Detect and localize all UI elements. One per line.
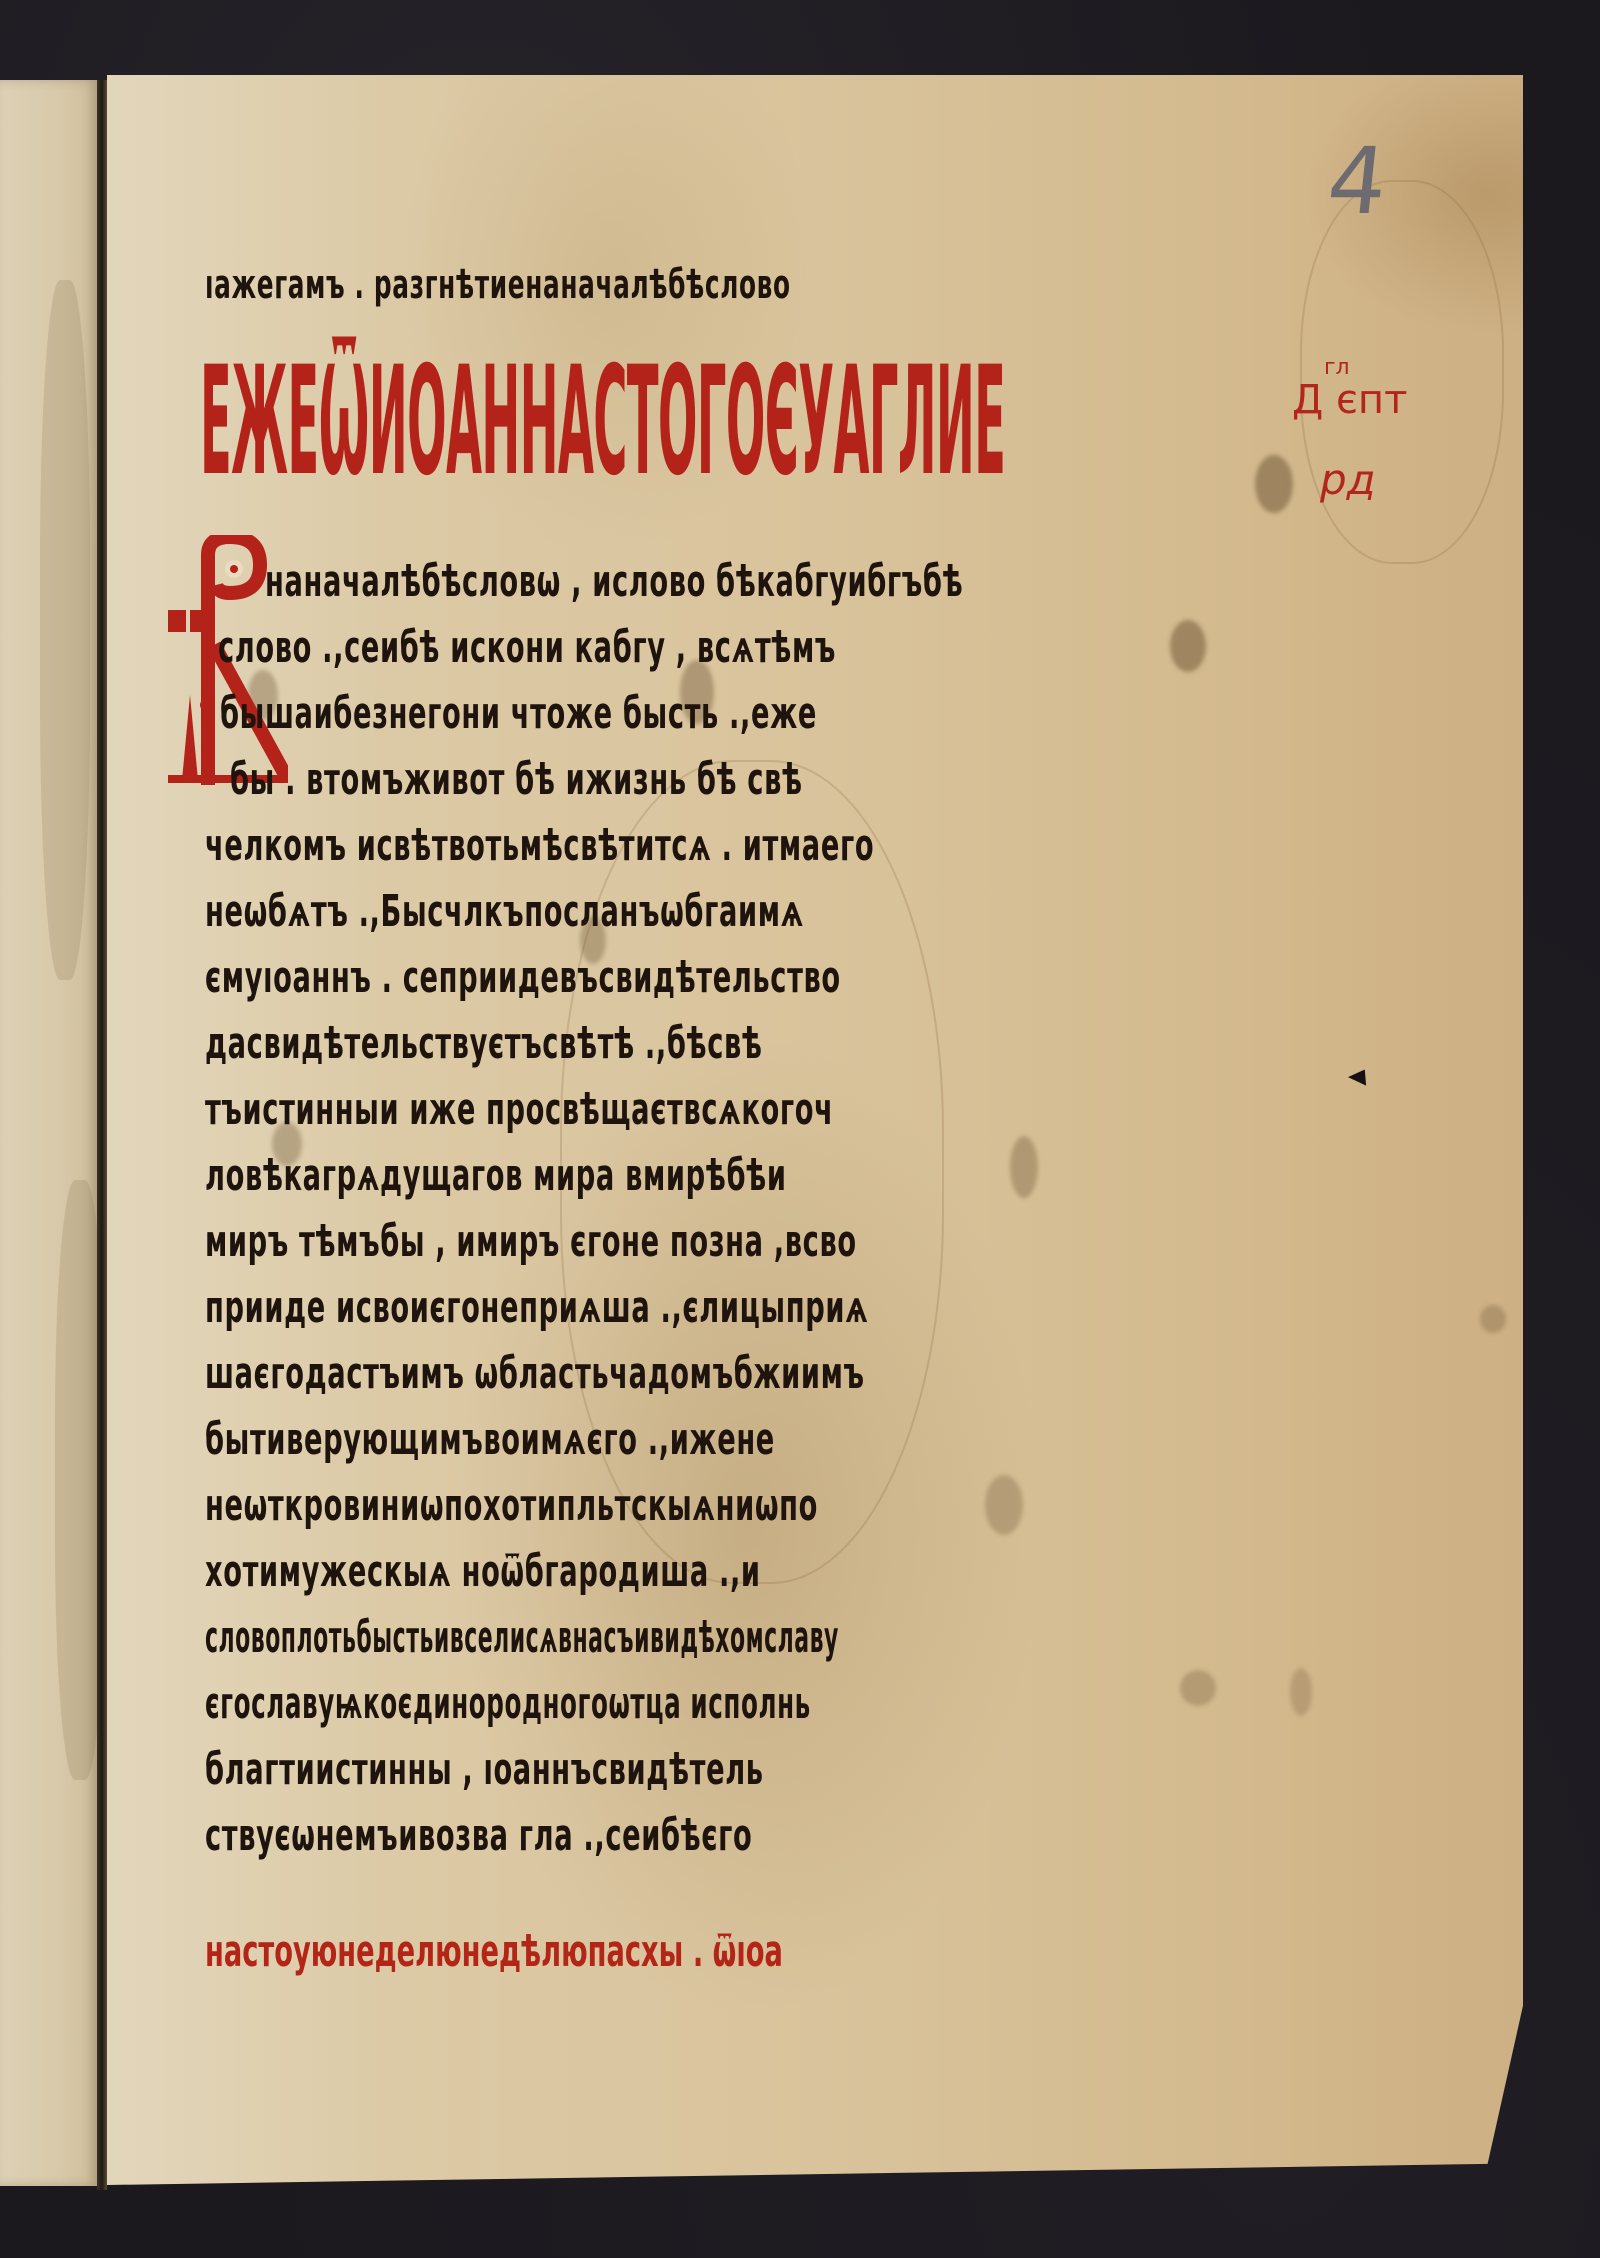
ink-spot <box>1480 1305 1506 1333</box>
body-line: бытиверующимъвоимѧєго .,ижене <box>205 1410 775 1470</box>
body-line: ловѣкагрѧдущагов мира вмирѣбѣи <box>205 1146 787 1206</box>
body-line: шаєгодастъимъ ѡбластьчадомъбжиимъ <box>205 1344 865 1404</box>
body-line: тъистинныи иже просвѣщаєтвсѧкогоч <box>205 1080 834 1140</box>
body-line: слово .,сеибѣ искони кабгу , всѧтѣмъ <box>218 618 836 678</box>
ink-spot <box>1180 1670 1216 1706</box>
ink-spot <box>985 1475 1023 1535</box>
body-line: неѡбѧтъ .,Бысчлкъпосланъѡбгаимѧ <box>205 882 804 942</box>
body-line: ствуєѡнемъивозва гла .,сеибѣєго <box>205 1806 752 1866</box>
body-line: дасвидѣтельствуєтъсвѣтѣ .,бѣсвѣ <box>205 1014 763 1074</box>
body-line: бышаибезнегони чтоже бысть .,еже <box>220 684 817 744</box>
ink-spot <box>1255 455 1293 513</box>
margin-note: гл Д єпт рд <box>1290 355 1380 535</box>
body-line: благтиистинны , ıоаннъсвидѣтель <box>205 1740 764 1800</box>
body-line: бы . втомъживот бѣ ижизнь бѣ свѣ <box>230 750 803 810</box>
title-rubric: ЕЖЕѾИОАННАСТОГОЄУАГЛИЕ <box>200 345 1005 500</box>
ink-spot <box>1170 620 1206 672</box>
body-line: миръ тѣмъбы , имиръ єгоне позна ,всво <box>205 1212 857 1272</box>
body-line: ємуıоаннъ . сеприидевъсвидѣтельство <box>205 948 841 1008</box>
binding-gutter <box>97 80 107 2190</box>
body-line: хотимужескыѧ ноѿбгародиша .,и <box>205 1542 761 1602</box>
ink-spot <box>1010 1136 1038 1198</box>
body-line: прииде исвоиєгонеприѧша .,єлицыприѧ <box>205 1278 868 1338</box>
ink-spot <box>1290 1668 1312 1716</box>
body-line: словоплотьбыстьивселисѧвнасъивидѣхомслав… <box>205 1608 839 1668</box>
body-line: наначалѣбѣсловѡ , ислово бѣкабгуибгъбѣ <box>265 552 963 612</box>
folio-number: 4 <box>1322 128 1392 235</box>
water-stain <box>40 280 90 980</box>
body-line: неѡткровиниѡпохотипльтскыѧниѡпо <box>205 1476 818 1536</box>
body-line: єгославуѩкоєдинородногоѡтца исполнь <box>205 1674 811 1734</box>
adjacent-leaf <box>0 80 98 2186</box>
top-line: ıажегамъ . разгнѣтиенаначалѣбѣслово <box>205 262 791 308</box>
body-line: челкомъ исвѣтвотьмѣсвѣтитсѧ . итмаего <box>205 816 874 876</box>
margin-note-line3: рд <box>1320 455 1376 504</box>
margin-note-line2: Д єпт <box>1292 377 1407 423</box>
bottom-rubric: настоуюнеделюнедѣлюпасхы . ѿıоа <box>205 1922 783 1982</box>
